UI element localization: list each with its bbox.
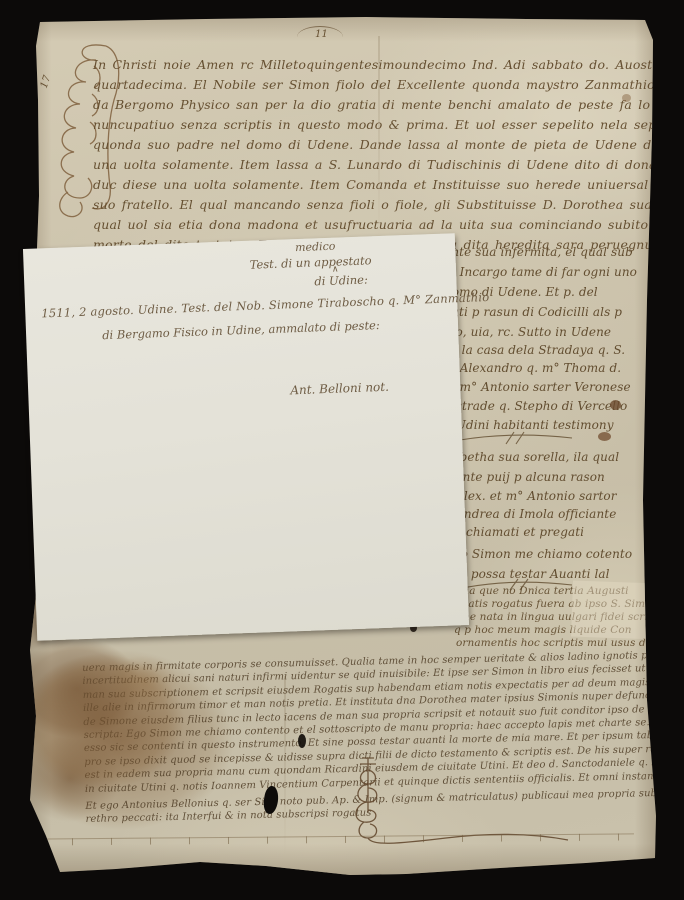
crease-line <box>284 676 286 856</box>
manuscript-line: a me nata in lingua uulgari fidei script… <box>450 611 660 623</box>
manuscript-line: mente puij p alcuna rason <box>444 470 605 484</box>
manuscript-line: Ego Simon me chiamo cotento <box>444 547 632 561</box>
folio-number-text: 11 <box>315 25 328 45</box>
manuscript-line: q strade q. Stepho di Vercello <box>444 399 627 413</box>
manuscript-line: una uolta solamente. Item lassa a S. Lun… <box>93 155 660 175</box>
note-header: Test. di un appestato <box>249 253 371 271</box>
manuscript-line: adiria que no Dnica tertia Augusti <box>444 585 629 597</box>
folio-number: 11 <box>297 24 343 38</box>
note-inserted-word: medico <box>295 240 336 254</box>
manuscript-line: quonda suo padre nel domo di Udene. Dand… <box>93 135 660 155</box>
manuscript-line: e Andrea di Imola officiante <box>444 507 616 521</box>
manuscript-line: q p hoc meum magis liquide Con <box>454 624 632 636</box>
manuscript-line: quartadecima. El Nobile ser Simon fiolo … <box>93 75 660 95</box>
notary-signature: Ant. Belloni not. <box>290 380 389 398</box>
crease-line <box>378 36 380 236</box>
manuscript-line: qual uol sia etia dona madona et usufruc… <box>93 215 660 235</box>
note-regest-line2: di Bergamo Fisico in Udine, ammalato di … <box>102 318 380 342</box>
manuscript-line: nuncupatiuo senza scriptis in questo mod… <box>93 115 660 135</box>
manuscript-line: ornamentis hoc scriptis mui usus de fuit <box>456 637 660 649</box>
manuscript-line: e Alex. et m° Antonio sartor <box>444 489 617 503</box>
ink-spot <box>598 432 611 441</box>
manuscript-line: duc diese una uolta solamente. Item Coma… <box>93 175 660 195</box>
manuscript-line: d. betha sua sorella, ila qual <box>444 450 619 464</box>
manuscript-line: zo la casa dela Stradaya q. S. <box>444 343 625 357</box>
note-place: di Udine: <box>314 272 368 288</box>
note-regest-line1: 1511, 2 agosto. Udine. Test. del Nob. Si… <box>41 290 490 320</box>
manuscript-line: suo fratello. El qual mancando senza fio… <box>93 195 660 215</box>
manuscript-line: In Christi noie Amen rc Milletoquingente… <box>93 55 660 75</box>
photo-background: 11 17 In Christi noie Amen rc Milletoqui… <box>0 0 684 900</box>
manuscript-line: di m° Antonio sarter Veronese <box>444 380 631 394</box>
manuscript-line: S. Alexandro q. m° Thoma d. <box>444 361 621 375</box>
manuscript-line: da Bergomo Physico san per la dio gratia… <box>93 95 660 115</box>
manuscript-line: onte sua infermita, el qual sub <box>444 245 633 259</box>
manuscript-line: rogatis rogatus fuera ab ipso S. Simon <box>450 598 658 610</box>
manuscript-line: gati p rasun di Codicilli als p <box>444 305 622 319</box>
manuscript-line: in Incargo tame di far ogni uno <box>444 265 637 279</box>
pen-flourish-icon <box>456 430 576 446</box>
manuscript-line: mo, uia, rc. Sutto in Udene <box>444 325 611 339</box>
archival-note: medico Test. di un appestato ∧ di Udine:… <box>23 233 469 641</box>
